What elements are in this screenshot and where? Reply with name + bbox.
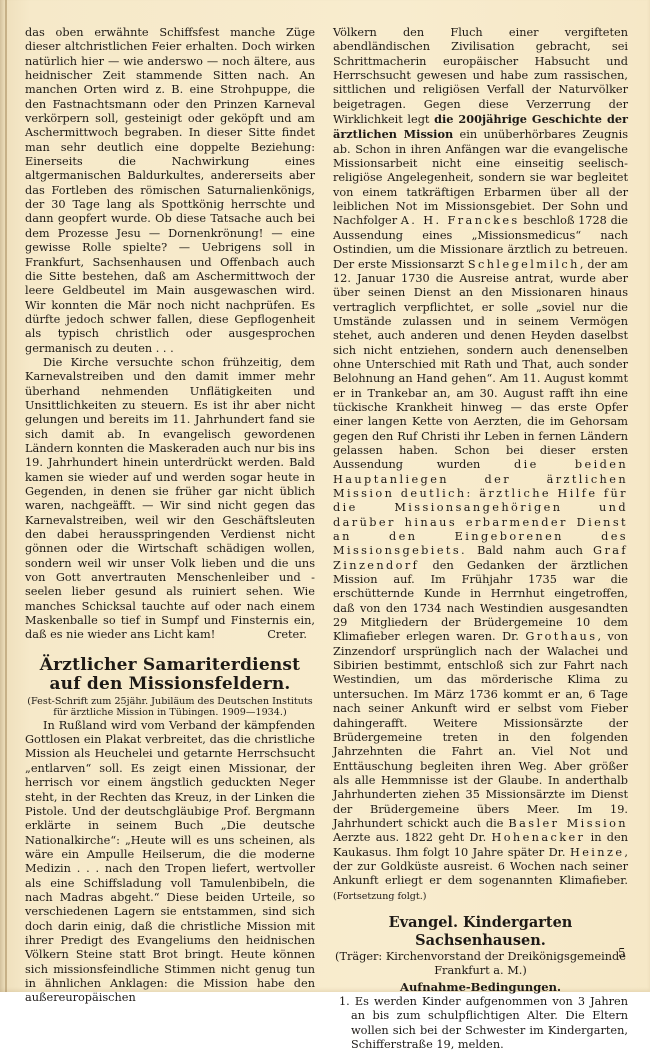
text-run: , der am 12. Januar 1730 die Ausreise an… (333, 258, 628, 472)
name-heinze: Heinze (570, 846, 624, 859)
text-run: Völkern den Fluch einer vergifteten aben… (333, 26, 628, 126)
carnival-paragraph-1: das oben erwähnte Schiffsfest manche Züg… (25, 26, 315, 356)
continued-note: (Fortsetzung folgt.) (333, 891, 426, 902)
notice-sponsor-line-2: Frankfurt a. M.) (333, 964, 628, 978)
article-continuation: Völkern den Fluch einer vergifteten aben… (333, 26, 628, 904)
page-number: 5 (618, 946, 626, 960)
text-run: Aerzte aus. 1822 geht Dr. (333, 831, 491, 844)
name-hohenacker: Hohenacker (491, 831, 585, 844)
page-binding-edge (5, 0, 7, 992)
article-title-line-2: auf den Missionsfeldern. (25, 675, 315, 694)
notice-item: 1. Es werden Kinder aufgenommen von 3 Ja… (333, 995, 628, 1052)
article-source-note: (Fest-Schrift zum 25jähr. Jubiläum des D… (25, 696, 315, 719)
name-schlegelmilch: Schlegelmilch (468, 258, 580, 271)
notice-heading: Aufnahme-Bedingungen. (333, 980, 628, 995)
spaced-main-concerns: die beiden Hauptanliegen der ärztlichen … (333, 458, 628, 557)
article-paragraph-1: In Rußland wird vom Verband der kämpfend… (25, 719, 315, 1006)
kindergarten-notice: Evangel. Kindergarten Sachsenhausen. (Tr… (333, 914, 628, 1052)
carnival-paragraph-2: Die Kirche versuchte schon frühzeitig, d… (25, 356, 315, 643)
right-column: Völkern den Fluch einer vergifteten aben… (333, 26, 628, 1052)
notice-item-text: Es werden Kinder aufgenommen von 3 Jahre… (351, 995, 628, 1051)
notice-title: Evangel. Kindergarten Sachsenhausen. (333, 914, 628, 950)
left-column: das oben erwähnte Schiffsfest manche Züg… (25, 26, 315, 1006)
name-basler-mission: Basler Mission (508, 817, 628, 830)
article-title: Ärztlicher Samariterdienst auf den Missi… (25, 656, 315, 694)
text-run: Bald nahm auch (467, 544, 593, 557)
notice-item-number: 1. (339, 995, 350, 1008)
name-francke: A. H. Franckes (401, 214, 520, 227)
notice-sponsor-line-1: (Träger: Kirchenvorstand der Dreikönigsg… (333, 950, 628, 964)
document-page: das oben erwähnte Schiffsfest manche Züg… (0, 0, 650, 992)
name-grothaus: Grothaus (525, 630, 597, 643)
text-run: ein unüberhörbares Zeugnis ab. Schon in … (333, 128, 628, 227)
article-title-line-1: Ärztlicher Samariterdienst (25, 656, 315, 675)
text-run: , von Zinzendorf ursprünglich nach der W… (333, 630, 628, 829)
